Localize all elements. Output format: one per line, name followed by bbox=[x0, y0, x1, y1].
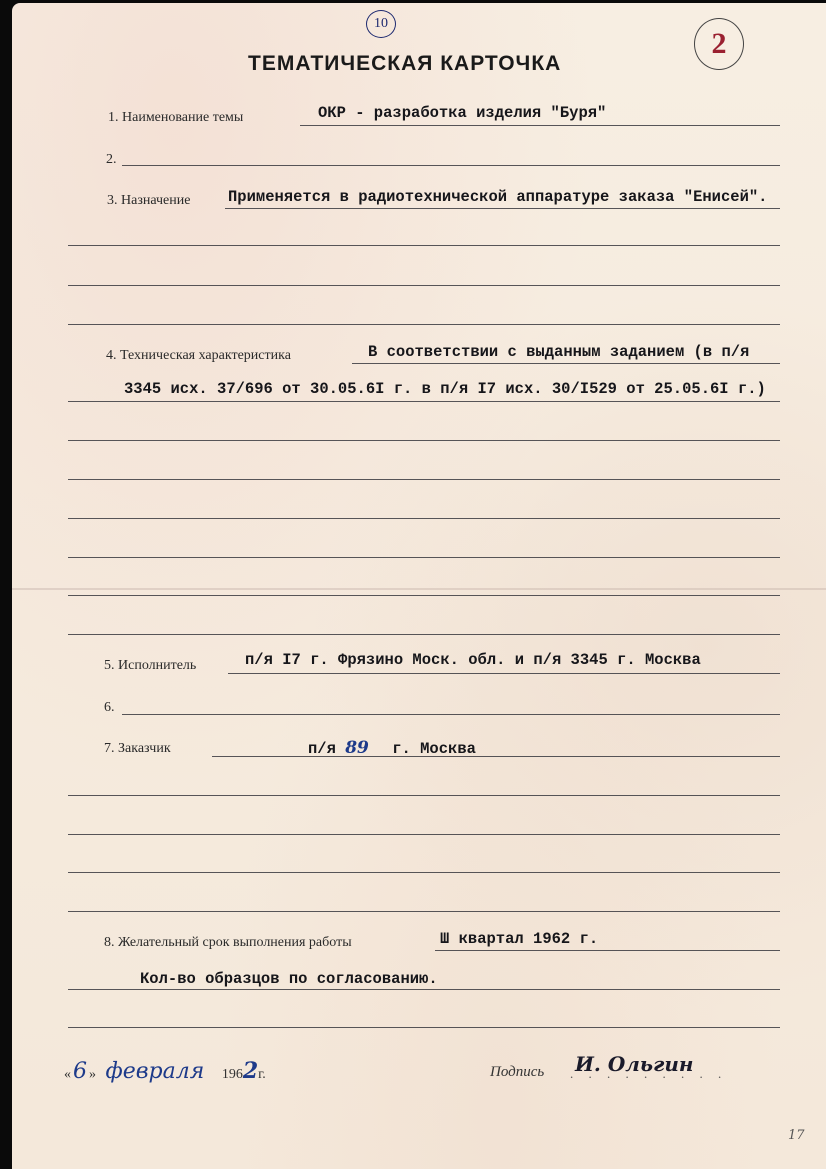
circled-page-number: 2 bbox=[694, 18, 744, 70]
date-day-handwritten: 6 bbox=[73, 1059, 87, 1084]
field-4-line2 bbox=[68, 401, 780, 402]
field-8-value: Ш квартал 1962 г. bbox=[440, 930, 598, 948]
blank-line bbox=[68, 1027, 780, 1028]
blank-line bbox=[68, 634, 780, 635]
date-quote-close: » bbox=[89, 1067, 96, 1082]
field-4-line bbox=[352, 363, 780, 364]
document-page bbox=[12, 3, 826, 1169]
field-7-label: 7. Заказчик bbox=[104, 741, 171, 757]
field-1-value: ОКР - разработка изделия "Буря" bbox=[318, 104, 606, 122]
field-8-value-line2: Кол-во образцов по согласованию. bbox=[140, 970, 438, 988]
date-year-printed: 196 bbox=[222, 1067, 243, 1082]
field-3-label: 3. Назначение bbox=[107, 193, 190, 209]
field-6-line bbox=[122, 714, 780, 715]
corner-pencil-note: 17 bbox=[788, 1128, 805, 1143]
date-field: «6» февраля 1962г. bbox=[64, 1058, 266, 1084]
signature-dotted-line: . . . . . . . . . bbox=[570, 1066, 727, 1082]
mark-text: 10 bbox=[374, 16, 388, 32]
field-8-label: 8. Желательный срок выполнения работы bbox=[104, 935, 352, 951]
field-3-line bbox=[225, 208, 780, 209]
paper-fold bbox=[12, 588, 826, 590]
field-1-line bbox=[300, 125, 780, 126]
date-month-handwritten: февраля bbox=[106, 1059, 205, 1084]
date-year-unit: г. bbox=[258, 1067, 266, 1082]
blank-line bbox=[68, 479, 780, 480]
blank-line bbox=[68, 557, 780, 558]
field-8-line2 bbox=[68, 989, 780, 990]
field-4-label: 4. Техническая характеристика bbox=[106, 348, 291, 364]
blank-line bbox=[68, 911, 780, 912]
field-8-line bbox=[435, 950, 780, 951]
blank-line bbox=[68, 795, 780, 796]
circled-number-mark: 10 bbox=[366, 10, 396, 38]
blank-line bbox=[68, 285, 780, 286]
page-number-text: 2 bbox=[712, 27, 727, 61]
field-2-line bbox=[122, 165, 780, 166]
blank-line bbox=[68, 595, 780, 596]
blank-line bbox=[68, 440, 780, 441]
field-4-value: В соответствии с выданным заданием (в п/… bbox=[368, 343, 749, 361]
signature-label: Подпись bbox=[490, 1064, 544, 1081]
field-3-value: Применяется в радиотехнической аппаратур… bbox=[228, 188, 768, 206]
date-year-handwritten: 2 bbox=[243, 1058, 258, 1084]
blank-line bbox=[68, 245, 780, 246]
field-7-handwritten-number: 89 bbox=[345, 738, 369, 758]
field-1-label: 1. Наименование темы bbox=[108, 110, 243, 126]
document-title: ТЕМАТИЧЕСКАЯ КАРТОЧКА bbox=[248, 52, 561, 76]
blank-line bbox=[68, 324, 780, 325]
field-6-label: 6. bbox=[104, 700, 115, 716]
field-2-label: 2. bbox=[106, 152, 117, 168]
blank-line bbox=[68, 834, 780, 835]
field-7-value: п/я 89 г. Москва bbox=[308, 738, 476, 758]
field-5-label: 5. Исполнитель bbox=[104, 658, 196, 674]
blank-line bbox=[68, 872, 780, 873]
field-4-value-line2: 3345 исх. 37/696 от 30.05.6I г. в п/я I7… bbox=[124, 380, 766, 398]
date-quote-open: « bbox=[64, 1067, 71, 1082]
field-5-value: п/я I7 г. Фрязино Моск. обл. и п/я 3345 … bbox=[245, 651, 701, 669]
field-7-line bbox=[212, 756, 780, 757]
field-5-line bbox=[228, 673, 780, 674]
blank-line bbox=[68, 518, 780, 519]
